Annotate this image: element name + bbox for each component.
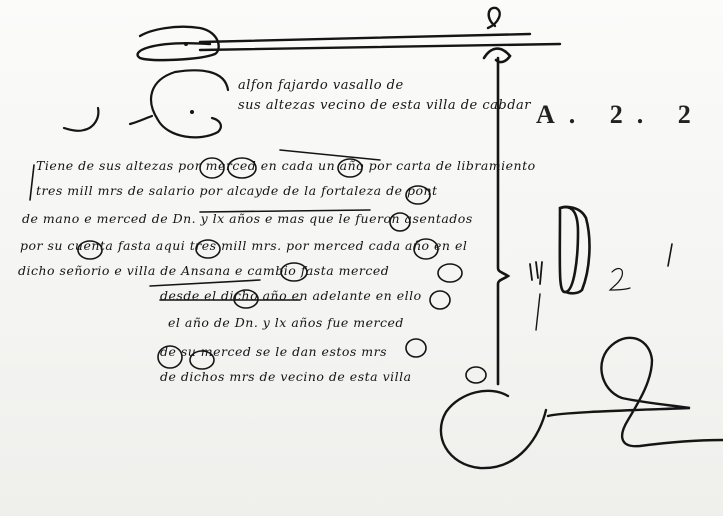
header-line-2: sus altezas vecino de esta villa de cabd…: [238, 98, 531, 113]
body-line-5: dicho señorio e villa de Ansana e cambio…: [18, 263, 389, 278]
body-line-8: de su merced se le dan estos mrs: [160, 344, 387, 359]
body-line-4: por su cuenta fasta aqui tres mill mrs. …: [20, 238, 467, 253]
reference-mark: A. 2. 2: [536, 100, 705, 130]
body-line-1: Tiene de sus altezas por merced en cada …: [36, 158, 536, 173]
left-flourish: [64, 70, 228, 137]
body-line-2: tres mill mrs de salario por alcayde de …: [36, 183, 438, 198]
header-line-1: alfon fajardo vasallo de: [238, 78, 404, 93]
body-line-7: el año de Dn. y lx años fue merced: [168, 315, 404, 330]
manuscript-page: alfon fajardo vasallo de sus altezas vec…: [0, 0, 723, 516]
margin-amount-strokes: [530, 207, 672, 330]
bottom-flourish: [441, 338, 723, 468]
top-flourish: [138, 8, 560, 60]
body-line-3: de mano e merced de Dn. y lx años e mas …: [22, 211, 473, 226]
body-line-6: desde el dicho año en adelante en ello: [160, 288, 422, 303]
body-line-9: de dichos mrs de vecino de esta villa: [160, 369, 412, 384]
